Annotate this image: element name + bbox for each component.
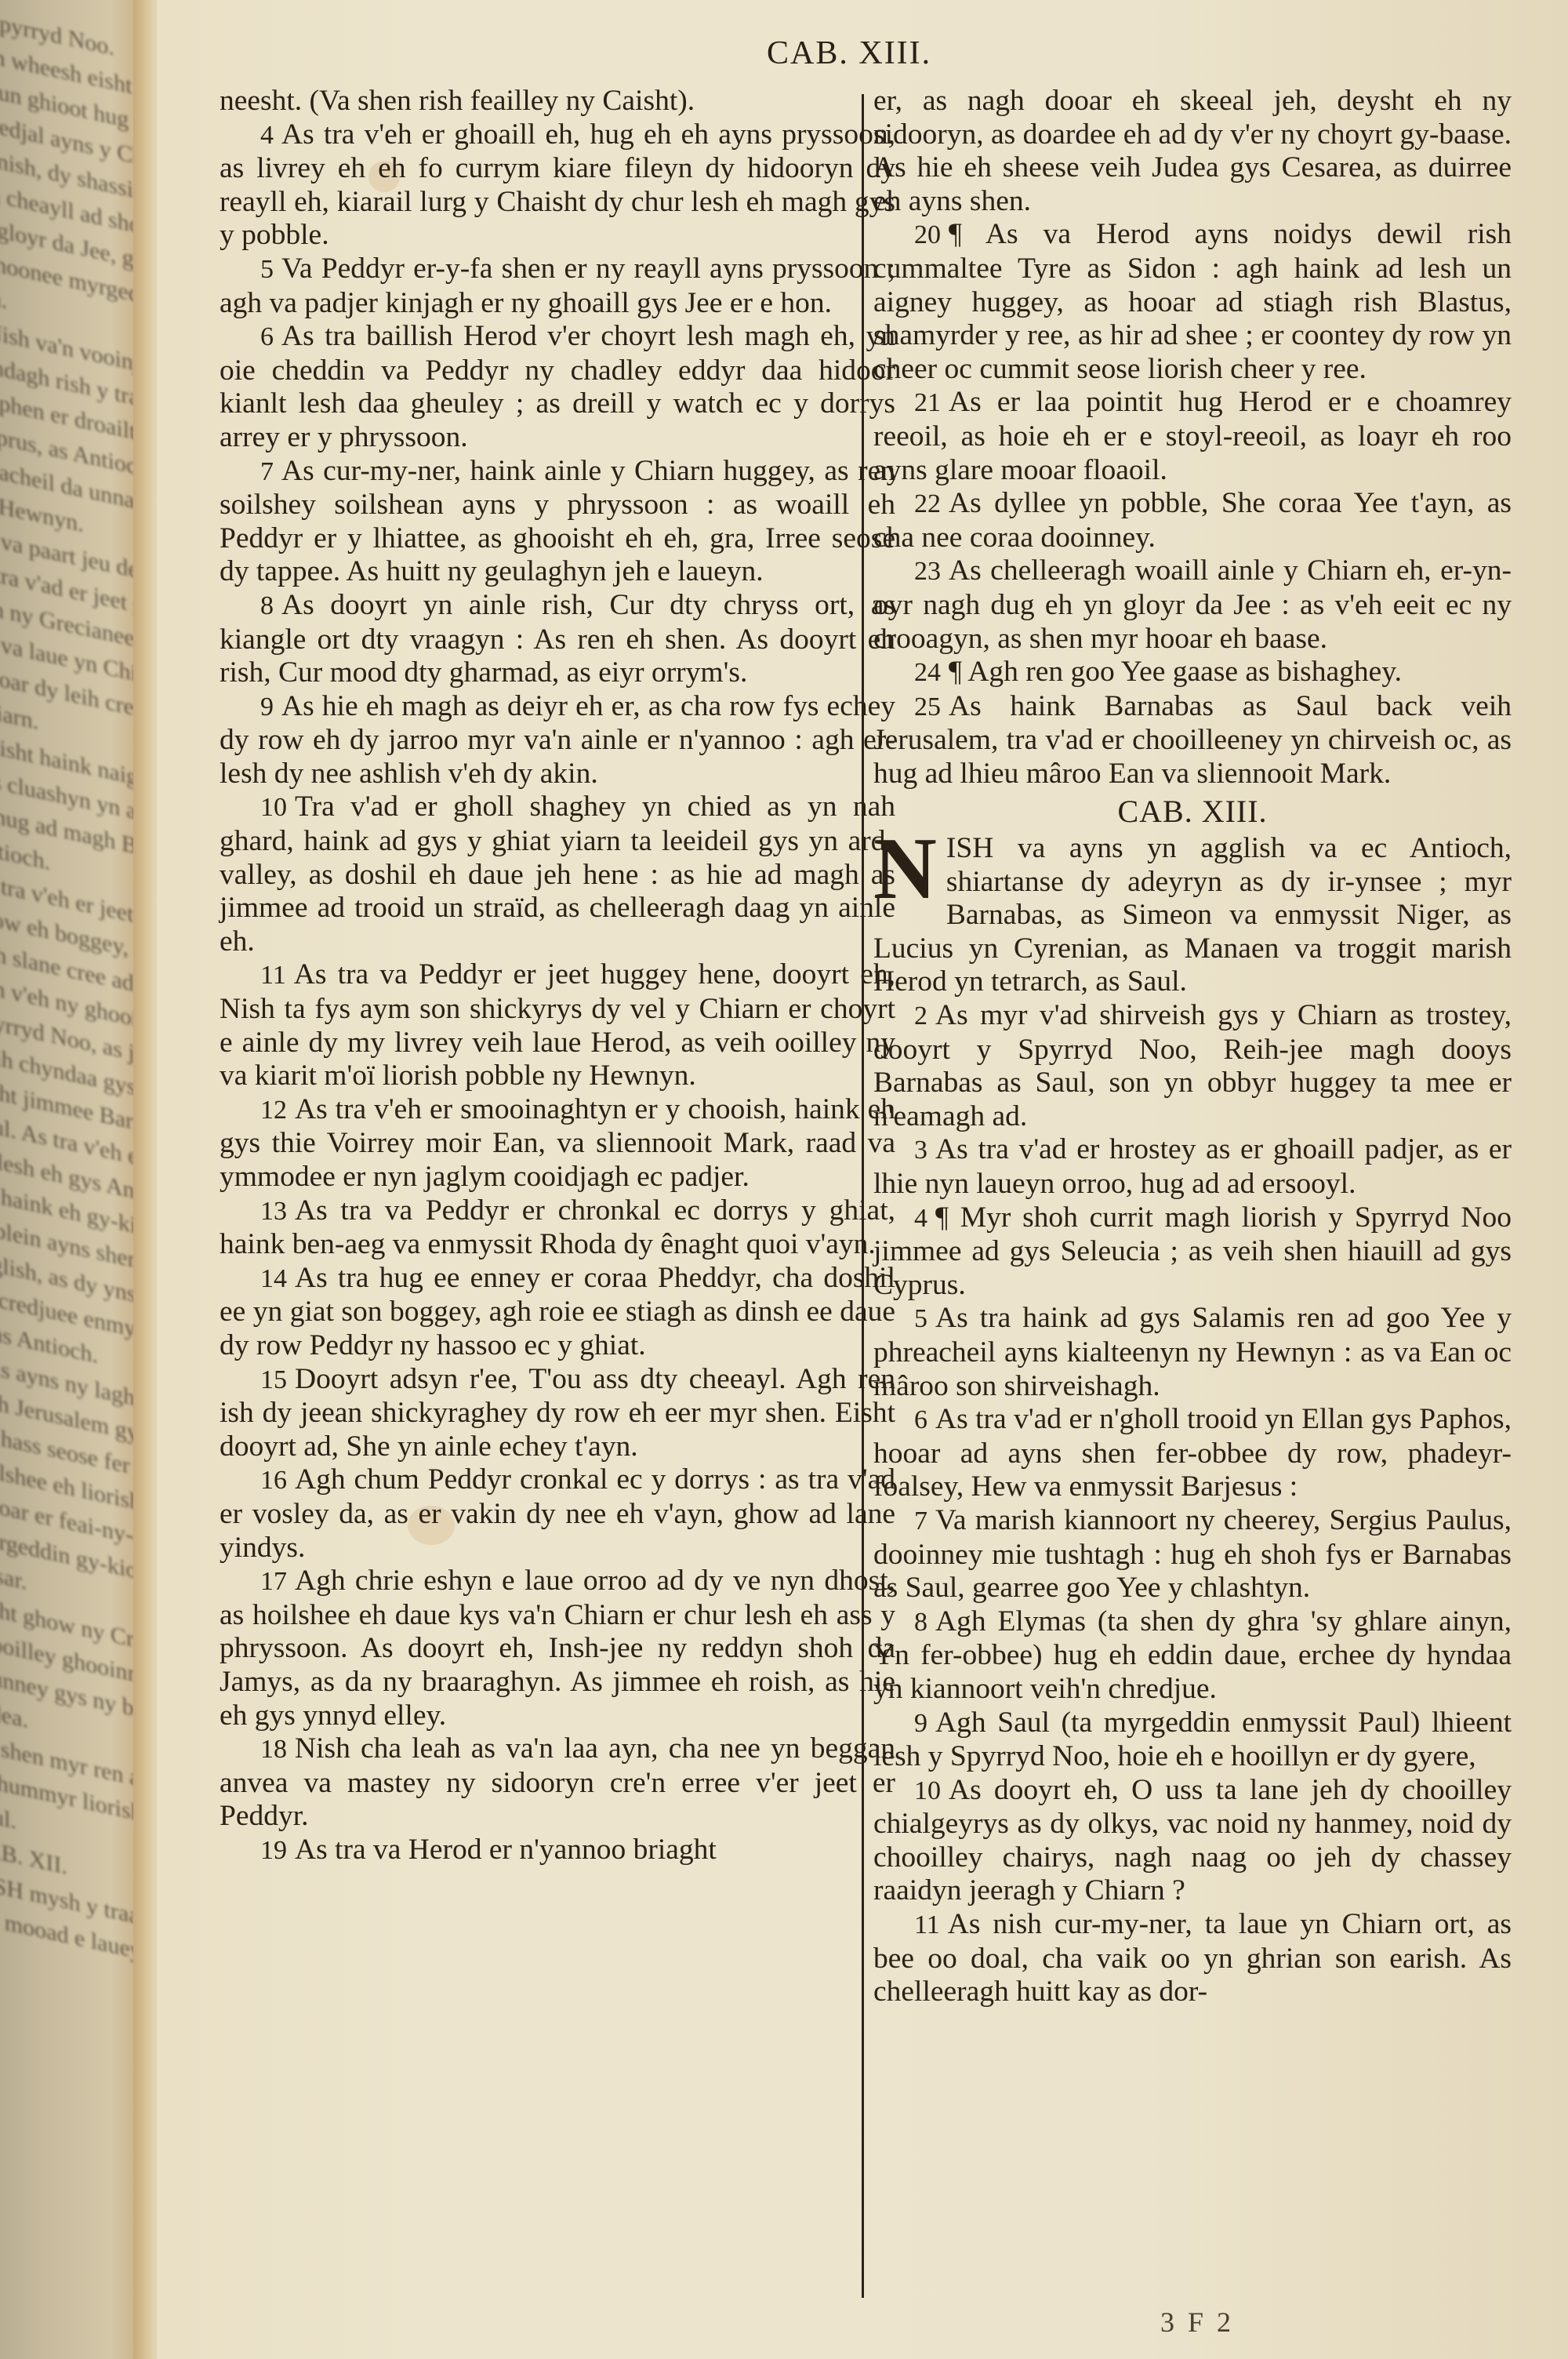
verse-text: Myr shoh currit magh liorish y Spyrryd N… xyxy=(873,1201,1512,1301)
verse: er, as nagh dooar eh skeeal jeh, deysht … xyxy=(873,85,1512,218)
verse: 4¶ Myr shoh currit magh liorish y Spyrry… xyxy=(873,1201,1512,1303)
verse: 22As dyllee yn pobble, She coraa Yee t'a… xyxy=(873,487,1512,554)
verse-number: 8 xyxy=(914,1608,927,1637)
drop-cap: N xyxy=(873,835,937,903)
verse: 14As tra hug ee enney er coraa Pheddyr, … xyxy=(220,1262,895,1363)
verse-number: 13 xyxy=(260,1197,287,1226)
verse-number: 10 xyxy=(260,793,287,822)
verse-number: 5 xyxy=(260,255,274,284)
verse-text: Agh Saul (ta myrgeddin enmyssit Paul) lh… xyxy=(873,1707,1512,1773)
verse-number: 17 xyxy=(260,1567,287,1596)
verse-number: 22 xyxy=(914,489,941,518)
verse-text: As tra va Peddyr er chronkal ec dorrys y… xyxy=(220,1194,895,1261)
chapter-heading: CAB. XIII. xyxy=(873,795,1512,829)
verse-number: 8 xyxy=(260,591,274,620)
verse: 11As tra va Peddyr er jeet huggey hene, … xyxy=(220,958,895,1092)
verse-number: 7 xyxy=(914,1507,927,1536)
verse-number: 12 xyxy=(260,1096,287,1125)
facing-page-left: y Spyrryd Noo.Son wheesh eisht as dyyn u… xyxy=(0,0,140,2359)
verse: 12As tra v'eh er smooinaghtyn er y chooi… xyxy=(220,1093,895,1194)
verse-number: 3 xyxy=(914,1136,927,1165)
verse-text: Tra v'ad er gholl shaghey yn chied as yn… xyxy=(220,791,895,957)
verse-text: ISH va ayns yn agglish va ec Antioch, sh… xyxy=(873,832,1512,998)
text-column-left: neesht. (Va shen rish feailley ny Caisht… xyxy=(220,85,895,1867)
verse: 2As myr v'ad shirveish gys y Chiarn as t… xyxy=(873,999,1512,1133)
verse-number: 10 xyxy=(914,1776,941,1805)
verse-number: 11 xyxy=(914,1910,940,1939)
verse: 24¶ Agh ren goo Yee gaase as bishaghey. xyxy=(873,656,1512,690)
verse-number: 21 xyxy=(914,388,941,417)
pilcrow-mark: ¶ xyxy=(935,1201,960,1234)
verse-text: As tra va Peddyr er jeet huggey hene, do… xyxy=(220,958,895,1092)
verse-number: 9 xyxy=(914,1709,927,1738)
verse: 20¶ As va Herod ayns noidys dewil rish c… xyxy=(873,218,1512,386)
verse: 10Tra v'ad er gholl shaghey yn chied as … xyxy=(220,791,895,958)
verse-number: 16 xyxy=(260,1466,287,1495)
verse-text: Agh chrie eshyn e laue orroo ad dy ve ny… xyxy=(220,1565,895,1731)
verse: 5As tra haink ad gys Salamis ren ad goo … xyxy=(873,1302,1512,1403)
column-rule xyxy=(862,94,864,2298)
facing-page-text: y Spyrryd Noo.Son wheesh eisht as dyyn u… xyxy=(0,0,140,1971)
verse: 9Agh Saul (ta myrgeddin enmyssit Paul) l… xyxy=(873,1707,1512,1774)
verse-number: 4 xyxy=(260,121,274,150)
verse-number: 5 xyxy=(914,1304,927,1333)
verse-text: As tra va Herod er n'yannoo briaght xyxy=(295,1834,717,1866)
verse: 10As dooyrt eh, O uss ta lane jeh dy cho… xyxy=(873,1774,1512,1908)
verse-text: As dooyrt eh, O uss ta lane jeh dy chooi… xyxy=(873,1774,1512,1907)
verse-text: As haink Barnabas as Saul back veih Jeru… xyxy=(873,690,1512,790)
verse: 17Agh chrie eshyn e laue orroo ad dy ve … xyxy=(220,1565,895,1732)
running-head: CAB. XIII. xyxy=(767,35,931,72)
verse-text: Va Peddyr er-y-fa shen er ny reayll ayns… xyxy=(220,253,895,319)
verse-number: 20 xyxy=(914,220,941,249)
verse: 18Nish cha leah as va'n laa ayn, cha nee… xyxy=(220,1732,895,1834)
verse: 7As cur-my-ner, haink ainle y Chiarn hug… xyxy=(220,455,895,589)
verse-number: 19 xyxy=(260,1836,287,1865)
verse: 25As haink Barnabas as Saul back veih Je… xyxy=(873,690,1512,791)
verse-text: Va marish kiannoort ny cheerey, Sergius … xyxy=(873,1504,1512,1604)
verse-text: As dyllee yn pobble, She coraa Yee t'ayn… xyxy=(873,487,1512,554)
verse-number: 11 xyxy=(260,961,286,990)
verse-number: 4 xyxy=(914,1204,927,1233)
verse: 9As hie eh magh as deiyr eh er, as cha r… xyxy=(220,690,895,791)
verse-number: 2 xyxy=(914,1001,927,1030)
verse-number: 14 xyxy=(260,1264,287,1293)
verse-text: er, as nagh dooar eh skeeal jeh, deysht … xyxy=(873,85,1512,217)
verse-number: 23 xyxy=(914,557,941,586)
verse-text: As tra hug ee enney er coraa Pheddyr, ch… xyxy=(220,1262,895,1361)
pilcrow-mark: ¶ xyxy=(949,218,985,250)
verse: 16Agh chum Peddyr cronkal ec y dorrys : … xyxy=(220,1463,895,1565)
verse-text: As chelleeragh woaill ainle y Chiarn eh,… xyxy=(873,554,1512,654)
verse-text: As hie eh magh as deiyr eh er, as cha ro… xyxy=(220,690,895,790)
verse-text: As er laa pointit hug Herod er e choamre… xyxy=(873,386,1512,485)
verse-number: 9 xyxy=(260,692,274,722)
verse-text: As tra baillish Herod v'er choyrt lesh m… xyxy=(220,320,895,453)
verse-text: Nish cha leah as va'n laa ayn, cha nee y… xyxy=(220,1732,895,1832)
text-column-right: er, as nagh dooar eh skeeal jeh, deysht … xyxy=(873,85,1512,2009)
verse-number: 6 xyxy=(260,322,274,351)
verse: 13As tra va Peddyr er chronkal ec dorrys… xyxy=(220,1194,895,1262)
verse-text: As tra v'ad er n'gholl trooid yn Ellan g… xyxy=(873,1403,1512,1503)
verse: 21As er laa pointit hug Herod er e choam… xyxy=(873,386,1512,487)
verse: 6As tra baillish Herod v'er choyrt lesh … xyxy=(220,320,895,454)
verse: 4As tra v'eh er ghoaill eh, hug eh eh ay… xyxy=(220,118,895,253)
verse-text: Agh ren goo Yee gaase as bishaghey. xyxy=(967,656,1402,688)
verse-number: 15 xyxy=(260,1365,287,1394)
verse-text: As myr v'ad shirveish gys y Chiarn as tr… xyxy=(873,999,1512,1132)
verse: 23As chelleeragh woaill ainle y Chiarn e… xyxy=(873,554,1512,656)
verse: neesht. (Va shen rish feailley ny Caisht… xyxy=(220,85,895,118)
verse: 11As nish cur-my-ner, ta laue yn Chiarn … xyxy=(873,1908,1512,2009)
verse: 6As tra v'ad er n'gholl trooid yn Ellan … xyxy=(873,1403,1512,1504)
verse-text: Agh chum Peddyr cronkal ec y dorrys : as… xyxy=(220,1463,895,1563)
verse: 8As dooyrt yn ainle rish, Cur dty chryss… xyxy=(220,589,895,690)
verse: 8Agh Elymas (ta shen dy ghra 'sy ghlare … xyxy=(873,1605,1512,1707)
verse-text: As dooyrt yn ainle rish, Cur dty chryss … xyxy=(220,589,895,689)
verse-text: Dooyrt adsyn r'ee, T'ou ass dty cheeayl.… xyxy=(220,1363,895,1463)
verse-text: As cur-my-ner, haink ainle y Chiarn hugg… xyxy=(220,455,895,588)
verse-number: 24 xyxy=(914,658,941,687)
verse-text: Agh Elymas (ta shen dy ghra 'sy ghlare a… xyxy=(873,1605,1512,1705)
verse-text: As nish cur-my-ner, ta laue yn Chiarn or… xyxy=(873,1908,1512,2008)
verse-text: As tra v'ad er hrostey as er ghoaill pad… xyxy=(873,1133,1512,1200)
pilcrow-mark: ¶ xyxy=(949,656,967,688)
verse: 15Dooyrt adsyn r'ee, T'ou ass dty cheeay… xyxy=(220,1363,895,1464)
verse-text: As tra v'eh er smooinaghtyn er y chooish… xyxy=(220,1093,895,1193)
verse-text: As tra v'eh er ghoaill eh, hug eh eh ayn… xyxy=(220,118,895,252)
verse: 5Va Peddyr er-y-fa shen er ny reayll ayn… xyxy=(220,253,895,320)
verse: 19As tra va Herod er n'yannoo briaght xyxy=(220,1834,895,1868)
verse-number: 7 xyxy=(260,457,274,486)
verse-number: 25 xyxy=(914,692,941,722)
verse-text: neesht. (Va shen rish feailley ny Caisht… xyxy=(220,85,695,117)
verse: NISH va ayns yn agglish va ec Antioch, s… xyxy=(873,832,1512,999)
verse-number: 18 xyxy=(260,1735,287,1764)
verse-text: As tra haink ad gys Salamis ren ad goo Y… xyxy=(873,1302,1512,1401)
signature-mark: 3 F 2 xyxy=(1160,2306,1234,2339)
verse: 3As tra v'ad er hrostey as er ghoaill pa… xyxy=(873,1133,1512,1201)
verse-number: 6 xyxy=(914,1405,927,1434)
verse: 7Va marish kiannoort ny cheerey, Sergius… xyxy=(873,1504,1512,1605)
